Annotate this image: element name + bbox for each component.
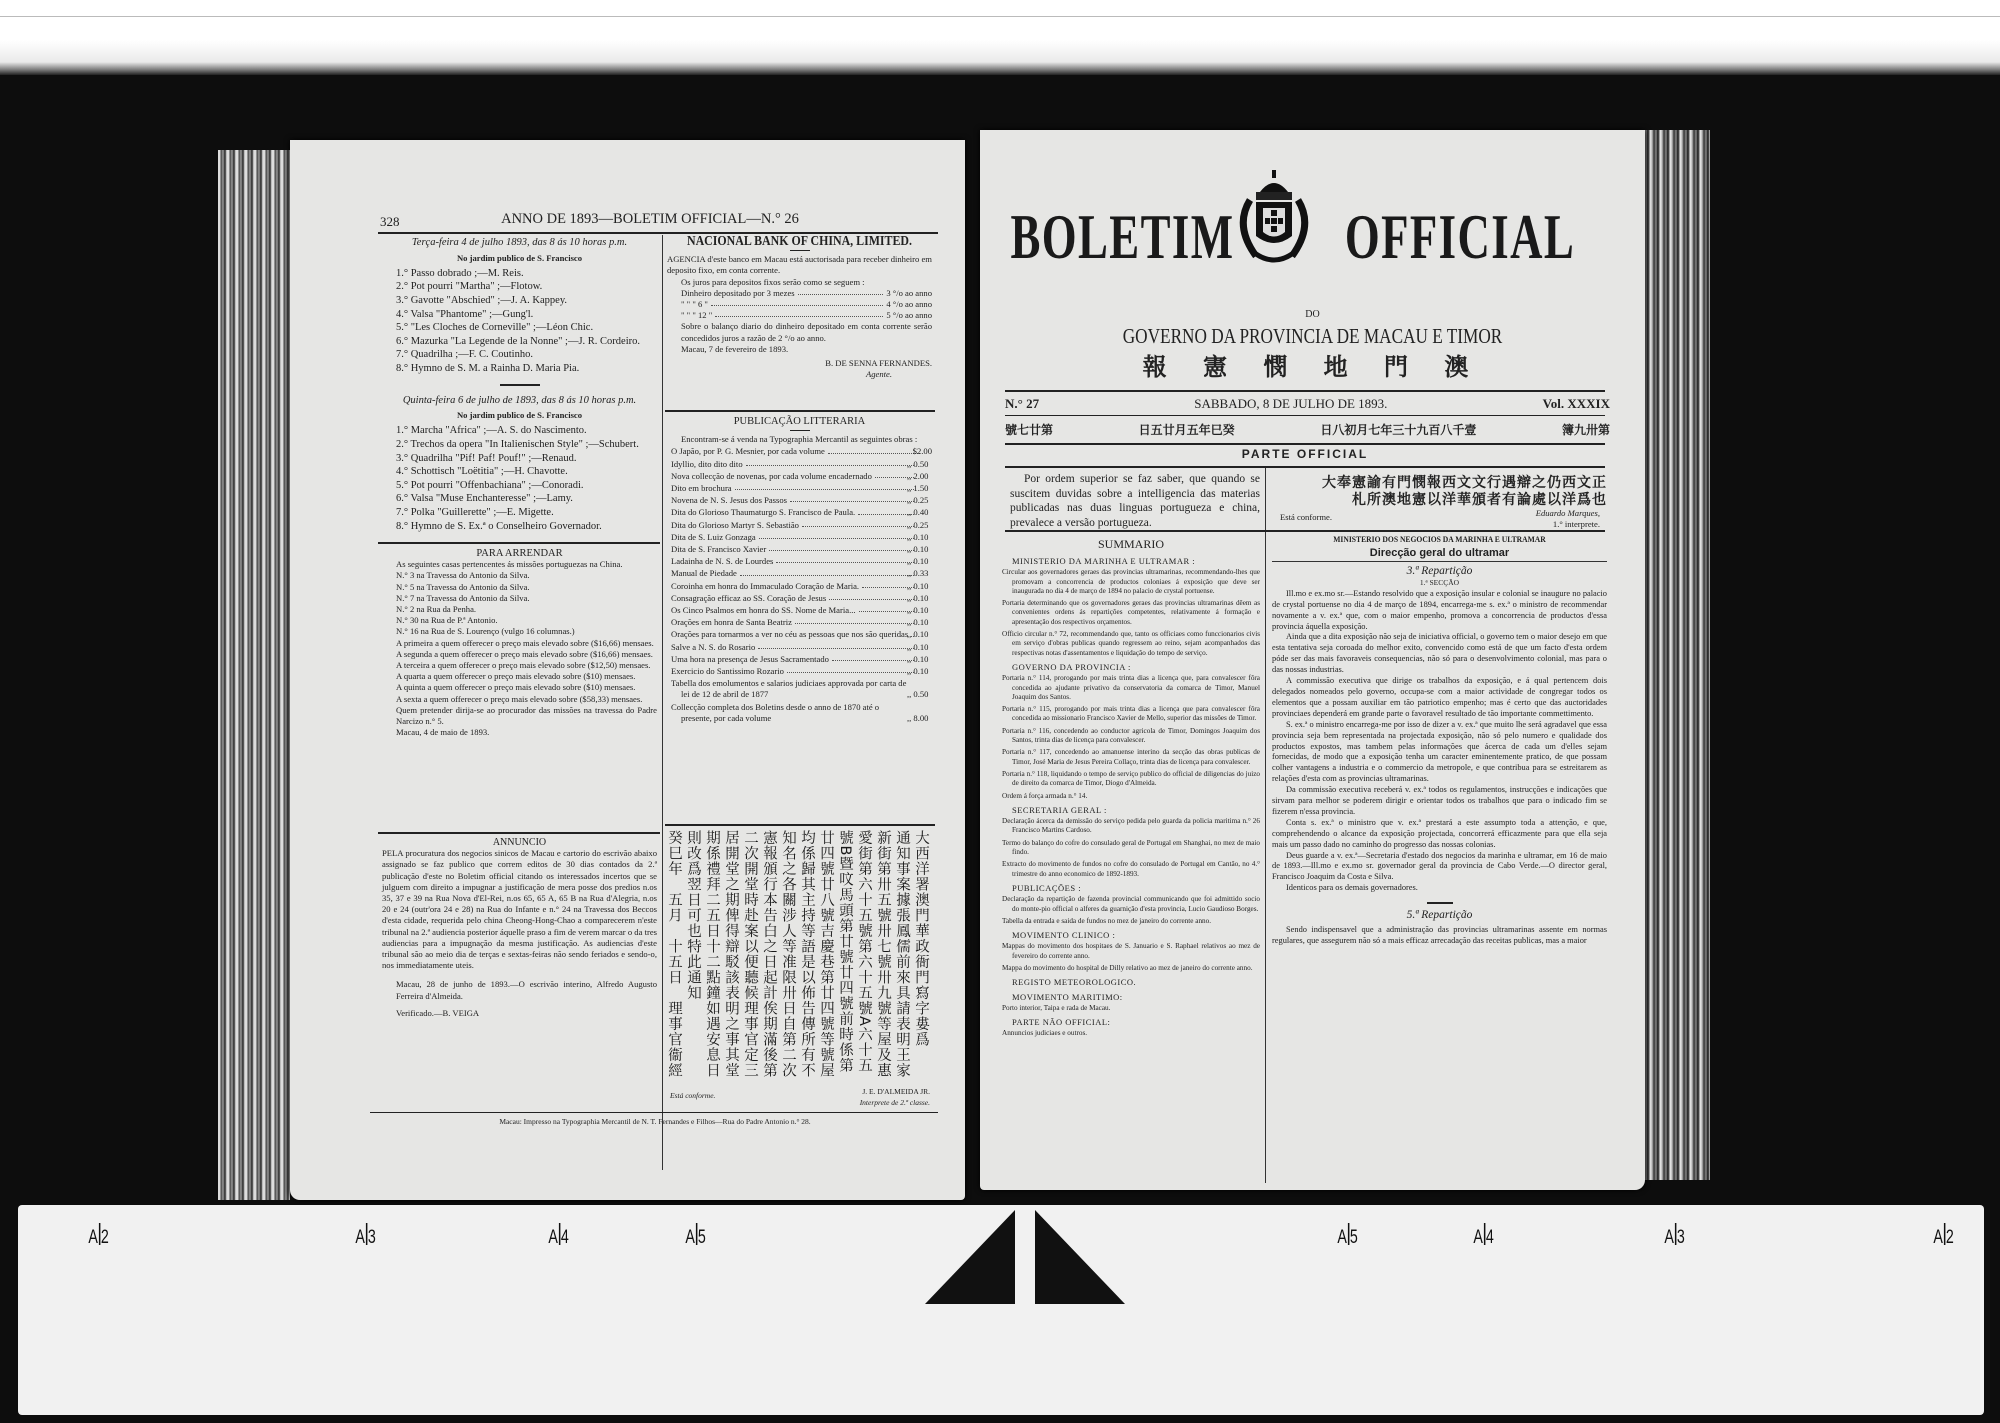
summario: SUMMARIO MINISTERIO DA MARINHA E ULTRAMA… <box>1002 536 1260 1042</box>
chinese-column: 大西洋署澳門華政衙門寫字婁爲 <box>911 830 930 1085</box>
book-price: ,, 0.33 <box>917 568 932 579</box>
arrendar-title: PARA ARRENDAR <box>382 548 657 559</box>
book-title: Ladainha de N. S. de Lourdes <box>681 556 773 567</box>
book-item: Os Cinco Psalmos em honra do SS. Nome de… <box>667 605 932 616</box>
summario-entry: Annuncios judiciaes e outros. <box>1002 1029 1260 1038</box>
summario-heading: MOVIMENTO MARITIMO: <box>1012 993 1260 1002</box>
book-title: Dita do Glorioso Thaumaturgo S. Francisc… <box>681 507 855 518</box>
summario-heading: GOVERNO DA PROVINCIA : <box>1012 663 1260 672</box>
book-item: Dita de S. Luiz Gonzaga,, 0.10 <box>667 532 932 543</box>
book-price: ,, 0.10 <box>917 654 932 665</box>
book-price: ,, 8.00 <box>917 713 932 724</box>
concerts-column: Terça-feira 4 de julho 1893, das 8 ás 10… <box>382 236 657 533</box>
royal-coat-of-arms-icon <box>1230 170 1318 266</box>
masthead-subtitle: GOVERNO DA PROVINCIA DE MACAU E TIMOR <box>1040 324 1585 348</box>
concert1-program: 1.° Passo dobrado ;—M. Reis.2.° Pot pour… <box>382 267 657 376</box>
concert2-venue: No jardim publico de S. Francisco <box>382 410 657 421</box>
house-item: N.° 2 na Rua da Penha. <box>382 604 657 615</box>
running-title: ANNO DE 1893—BOLETIM OFFICIAL—N.° 26 <box>440 213 860 227</box>
book-item: Dito em brochura,, 1.50 <box>667 483 932 494</box>
summario-entry: Portaria n.° 114, prorogando por mais tr… <box>1002 674 1260 702</box>
annuncio-body: PELA procuratura dos negocios sinicos de… <box>382 848 657 971</box>
leader-dots <box>795 623 914 624</box>
rate-label: " " " 12 " <box>681 310 712 321</box>
book-item: Orações em honra de Santa Beatriz,, 0.10 <box>667 617 932 628</box>
book-price: ,, 0.25 <box>917 495 932 506</box>
book-page-edges-left <box>218 150 290 1200</box>
leader-dots <box>858 514 914 515</box>
program-item: 5.° "Les Cloches de Corneville" ;—Léon C… <box>382 321 657 335</box>
book-item: Coroinha em honra do Immaculado Coração … <box>667 581 932 592</box>
book-price-list: O Japão, por P. G. Mesnier, por cada vol… <box>667 446 932 724</box>
concert1-venue: No jardim publico de S. Francisco <box>382 253 657 264</box>
annuncio-section: ANNUNCIO PELA procuratura dos negocios s… <box>382 837 657 1019</box>
book-title: Consagração efficaz ao SS. Coração de Je… <box>681 593 826 604</box>
summario-entry: Portaria n.° 118, liquidando o tempo de … <box>1002 770 1260 789</box>
house-item: N.° 30 na Rua de P.ª Antonio. <box>382 615 657 626</box>
book-title: Collecção completa dos Boletins desde o … <box>681 702 911 724</box>
column-divider <box>662 235 663 1170</box>
program-item: 5.° Pot pourri "Offenbachiana" ;—Conorad… <box>382 479 657 493</box>
chinese-column: 均係歸其主持等語是以佈告傳所有不 <box>797 830 816 1085</box>
summario-entry: Extracto do movimento de fundos no cofre… <box>1002 860 1260 879</box>
arrendar-section: PARA ARRENDAR As seguintes casas pertenc… <box>382 548 657 738</box>
program-item: 2.° Pot pourri "Martha" ;—Flotow. <box>382 280 657 294</box>
book-title: Salve a N. S. do Rosario <box>681 642 755 653</box>
book-item: Salve a N. S. do Rosario,, 0.10 <box>667 642 932 653</box>
book-title: Novena de N. S. Jesus dos Passos <box>681 495 787 506</box>
publicacao-title: PUBLICAÇÃO LITTERARIA <box>667 416 932 427</box>
book-title: O Japão, por P. G. Mesnier, por cada vol… <box>681 446 825 457</box>
program-item: 2.° Trechos da opera "In Italienischen S… <box>382 438 657 452</box>
summario-entry: Declaração da repartição de fazenda prov… <box>1002 895 1260 914</box>
leader-dots <box>798 294 884 295</box>
offer-item: A sexta a quem offerecer o preço mais el… <box>382 694 657 705</box>
chinese-column: 癸巳年 五月 十五日 理事官衞經閱 <box>668 830 683 1085</box>
book-title: Dita de S. Luiz Gonzaga <box>681 532 756 543</box>
leader-dots <box>758 648 914 649</box>
concert2-date: Quinta-feira 6 de julho de 1893, das 8 á… <box>382 394 657 408</box>
offer-item: A segunda a quem offerecer o preço mais … <box>382 649 657 660</box>
leader-dots <box>828 453 920 454</box>
issue-date: SABBADO, 8 DE JULHO DE 1893. <box>1194 396 1387 412</box>
issue-line-chinese: 號七廿第 日五廿月五年巳癸 日八初月七年三十九百八千壹 簿九卅第 <box>1005 422 1610 438</box>
book-price: ,, 0.40 <box>917 507 932 518</box>
program-item: 1.° Marcha "Africa" ;—A. S. do Nasciment… <box>382 424 657 438</box>
masthead-chinese-title: 報 憲 憫 地 門 澳 <box>980 352 1645 382</box>
left-page: 328 ANNO DE 1893—BOLETIM OFFICIAL—N.° 26… <box>290 140 965 1200</box>
annuncio-title: ANNUNCIO <box>382 837 657 848</box>
book-item: O Japão, por P. G. Mesnier, por cada vol… <box>667 446 932 457</box>
chinese-column: 居開堂之期俾得辯駁該表明之事其堂 <box>721 830 740 1085</box>
summario-entry: Ordem á força armada n.° 14. <box>1002 792 1260 801</box>
language-notice-chinese: 正文西仍之辯遇行文文西報憫門有諭憲奉大 也爲洋以處論有者頒華洋以憲地澳所札 <box>1272 475 1607 509</box>
calibration-mark: A2 <box>88 1223 108 1249</box>
calibration-mark: A3 <box>355 1223 375 1249</box>
rate-value: 3 °/o ao anno <box>886 288 932 299</box>
leader-dots <box>715 316 883 317</box>
book-item: Ladainha de N. S. de Lourdes,, 0.10 <box>667 556 932 567</box>
chinese-column: 廿四號廿八號吉慶巷第廿四號等號屋 <box>816 830 835 1085</box>
book-title: Manual de Piedade <box>681 568 737 579</box>
page-number: 328 <box>380 215 400 229</box>
book-title: Uma hora na presença de Jesus Sacramenta… <box>681 654 829 665</box>
book-price: ,, 0.10 <box>917 666 932 677</box>
calibration-mark: A4 <box>1473 1223 1493 1249</box>
rate-row: " " " 6 "4 °/o ao anno <box>667 299 932 310</box>
printer-imprint: Macau: Impresso na Typographia Mercantil… <box>390 1116 920 1127</box>
ministerio-paragraph: A commissão executiva que dirige os trab… <box>1272 676 1607 720</box>
ministerio-paragraph: Identicos para os demais governadores. <box>1272 883 1607 894</box>
masthead-title-left: BOLETIM <box>1011 205 1200 269</box>
chinese-column: 二次開堂時赴案以便聽候理事官定三 <box>740 830 759 1085</box>
rate-row: " " " 12 "5 °/o ao anno <box>667 310 932 321</box>
leader-dots <box>735 489 914 490</box>
book-item: Tabella dos emolumentos e salarios judic… <box>667 678 932 700</box>
summario-entry: Termo do balanço do cofre do consulado g… <box>1002 839 1260 858</box>
concert1-date: Terça-feira 4 de julho 1893, das 8 ás 10… <box>382 236 657 250</box>
chinese-notice: 大西洋署澳門華政衙門寫字婁爲通知事案據張鳳儒前來具請表明王家新街第卅五號卅七號卅… <box>668 830 930 1090</box>
column-divider <box>1265 468 1266 1183</box>
ministerio-article: MINISTERIO DOS NEGOCIOS DA MARINHA E ULT… <box>1272 535 1607 947</box>
summario-entry: Portaria n.° 117, concedendo ao amanuens… <box>1002 748 1260 767</box>
offer-item: A terceira a quem offerecer o preço mais… <box>382 660 657 671</box>
program-item: 3.° Quadrilha "Pif! Paf! Pouf!" ;—Renaud… <box>382 452 657 466</box>
book-title: Dita do Glorioso Martyr S. Sebastião <box>681 520 799 531</box>
summario-heading: PUBLICAÇÕES : <box>1012 884 1260 893</box>
calibration-mark: A2 <box>1933 1223 1953 1249</box>
summario-heading: REGISTO METEOROLOGICO. <box>1012 978 1260 987</box>
book-item: Dita do Glorioso Thaumaturgo S. Francisc… <box>667 507 932 518</box>
book-price: ,, 0.10 <box>917 581 932 592</box>
leader-dots <box>740 575 914 576</box>
summario-entry: Portaria determinando que os governadore… <box>1002 599 1260 627</box>
book-price: $2.00 <box>923 446 932 457</box>
book-price: ,, 1.50 <box>917 483 932 494</box>
ministerio-paragraph: S. ex.ª o ministro encarrega-me por isso… <box>1272 720 1607 785</box>
book-price: ,, 0.10 <box>917 532 932 543</box>
summario-heading: MINISTERIO DA MARINHA E ULTRAMAR : <box>1012 557 1260 566</box>
book-price: ,, 0.10 <box>917 617 932 628</box>
house-item: N.° 3 na Travessa do Antonio da Silva. <box>382 570 657 581</box>
chinese-column: 通知事案據張鳳儒前來具請表明王家 <box>892 830 911 1085</box>
summario-entry: Tabella da entrada e saida de fundos no … <box>1002 917 1260 926</box>
leader-dots <box>759 538 914 539</box>
program-item: 8.° Hymno de S. Ex.ª o Conselheiro Gover… <box>382 520 657 534</box>
book-price: ,, 2.00 <box>917 471 932 482</box>
publicacao-litteraria: PUBLICAÇÃO LITTERARIA Encontram-se á ven… <box>667 416 932 725</box>
section-title-parte-official: PARTE OFFICIAL <box>980 448 1630 462</box>
leader-dots <box>859 611 914 612</box>
gutter-center-triangles-icon <box>925 1210 1125 1305</box>
house-item: N.° 5 na Travessa do Antonio da Silva. <box>382 582 657 593</box>
book-title: Dita de S. Francisco Xavier <box>681 544 766 555</box>
program-item: 6.° Valsa "Muse Enchanteresse" ;—Lamy. <box>382 492 657 506</box>
book-title: Orações para tornarmos a ver no céu as p… <box>681 629 908 640</box>
chinese-column: 期係禮拜二五日十二點鐘如遇安息日 <box>702 830 721 1085</box>
language-notice: Por ordem superior se faz saber, que qua… <box>1010 472 1260 530</box>
book-price: ,, 0.10 <box>917 642 932 653</box>
book-item: Manual de Piedade,, 0.33 <box>667 568 932 579</box>
house-item: N.° 7 na Travessa do Antonio da Silva. <box>382 593 657 604</box>
program-item: 6.° Mazurka "La Legende de la Nonne" ;—J… <box>382 335 657 349</box>
leader-dots <box>711 305 883 306</box>
summario-entry: Mappa do movimento do hospital de Dilly … <box>1002 964 1260 973</box>
book-item: Novena de N. S. Jesus dos Passos,, 0.25 <box>667 495 932 506</box>
summario-heading: SECRETARIA GERAL : <box>1012 806 1260 815</box>
offer-item: A quinta a quem offerecer o preço mais e… <box>382 682 657 693</box>
ministerio-paragraph: Da commissão executiva receberá v. ex.ª … <box>1272 785 1607 818</box>
leader-dots <box>790 501 914 502</box>
offer-item: A quarta a quem offerecer o preço mais e… <box>382 671 657 682</box>
masthead-title-right: OFFICIAL <box>1334 205 1586 269</box>
scanner-top-margin <box>0 0 2000 75</box>
book-item: Dita do Glorioso Martyr S. Sebastião,, 0… <box>667 520 932 531</box>
book-item: Collecção completa dos Boletins desde o … <box>667 702 932 724</box>
book-title: Coroinha em honra do Immaculado Coração … <box>681 581 859 592</box>
book-price: ,, 0.25 <box>917 520 932 531</box>
bank-title: NACIONAL BANK OF CHINA, LIMITED. <box>687 236 912 247</box>
book-item: Consagração efficaz ao SS. Coração de Je… <box>667 593 932 604</box>
summario-entry: Officio circular n.° 72, recommendando q… <box>1002 630 1260 658</box>
book-item: Nova collecção de novenas, por cada volu… <box>667 471 932 482</box>
book-title: Dito em brochura <box>681 483 732 494</box>
program-item: 1.° Passo dobrado ;—M. Reis. <box>382 267 657 281</box>
issue-number: N.° 27 <box>1005 396 1039 412</box>
issue-line: N.° 27 SABBADO, 8 DE JULHO DE 1893. Vol.… <box>1005 396 1610 412</box>
leader-dots <box>832 660 914 661</box>
book-price: ,, 0.10 <box>917 605 932 616</box>
summario-entry: Mappas do movimento dos hospitaes de S. … <box>1002 942 1260 961</box>
book-price: ,, 0.10 <box>917 629 932 640</box>
book-price: ,, 0.50 <box>917 459 932 470</box>
program-item: 4.° Schottisch "Loëtitia" ;—H. Chavotte. <box>382 465 657 479</box>
book-title: Idyllio, dito dito dito <box>681 459 743 470</box>
book-item: Orações para tornarmos a ver no céu as p… <box>667 629 932 640</box>
ministerio-paragraph: Deus guarde a v. ex.ª—Secretaria d'estad… <box>1272 851 1607 884</box>
ministerio-paragraph: Ainda que a dita exposição não seja de i… <box>1272 632 1607 676</box>
book-title: Tabella dos emolumentos e salarios judic… <box>681 678 911 700</box>
ministerio-paragraphs: Ill.mo e ex.mo sr.—Estando resolvido que… <box>1272 589 1607 894</box>
program-item: 7.° Polka "Guillerette" ;—E. Migette. <box>382 506 657 520</box>
leader-dots <box>769 550 914 551</box>
chinese-column: 愛街第六十五號第六十五號A六十五 <box>854 830 873 1085</box>
book-price: ,, 0.50 <box>917 689 932 700</box>
summario-entry: Declaração ácerca da demissão do serviço… <box>1002 817 1260 836</box>
book-item: Idyllio, dito dito dito,, 0.50 <box>667 459 932 470</box>
book-title: Nova collecção de novenas, por cada volu… <box>681 471 872 482</box>
summario-list: MINISTERIO DA MARINHA E ULTRAMAR :Circul… <box>1002 557 1260 1039</box>
offer-item: A primeira a quem offerecer o preço mais… <box>382 638 657 649</box>
summario-heading: PARTE NÃO OFFICIAL: <box>1012 1018 1260 1027</box>
leader-dots <box>787 672 914 673</box>
calibration-mark: A4 <box>548 1223 568 1249</box>
house-item: N.° 16 na Rua de S. Lourenço (vulgo 16 c… <box>382 626 657 637</box>
book-title: Orações em honra de Santa Beatriz <box>681 617 792 628</box>
program-item: 7.° Quadrilha ;—F. C. Coutinho. <box>382 348 657 362</box>
leader-dots <box>776 562 914 563</box>
rate-value: 4 °/o ao anno <box>886 299 932 310</box>
book-title: Os Cinco Psalmos em honra do SS. Nome de… <box>681 605 856 616</box>
program-item: 4.° Valsa "Phantome" ;—Gung'l. <box>382 308 657 322</box>
ministerio-paragraph: Conta s. ex.ª o ministro que v. ex.ª pre… <box>1272 818 1607 851</box>
book-item: Uma hora na presença de Jesus Sacramenta… <box>667 654 932 665</box>
concert2-program: 1.° Marcha "Africa" ;—A. S. do Nasciment… <box>382 424 657 533</box>
chinese-column: 知名之各關涉人等准限卅日自第二次 <box>778 830 797 1085</box>
summario-entry: Porto interior, Taipa e rada de Macau. <box>1002 1004 1260 1013</box>
right-page: BOLETIM OFFICIAL DO GOVERNO DA PROVINCIA… <box>980 130 1645 1190</box>
program-item: 3.° Gavotte "Abschied" ;—J. A. Kappey. <box>382 294 657 308</box>
chinese-column: 新街第卅五號卅七號卅九號等屋及惠 <box>873 830 892 1085</box>
leader-dots <box>802 526 914 527</box>
issue-volume: Vol. XXXIX <box>1543 396 1610 412</box>
calibration-mark: A5 <box>1337 1223 1357 1249</box>
program-item: 8.° Hymno de S. M. a Rainha D. Maria Pia… <box>382 362 657 376</box>
calibration-mark: A3 <box>1664 1223 1684 1249</box>
book-page-edges-right <box>1640 130 1710 1180</box>
book-price: ,, 0.10 <box>917 556 932 567</box>
book-price: ,, 0.10 <box>917 593 932 604</box>
ministerio-title: MINISTERIO DOS NEGOCIOS DA MARINHA E ULT… <box>1280 535 1598 546</box>
chinese-column: 憲報頒行本告白之日起計俟期滿後第 <box>759 830 778 1085</box>
book-price: ,, 0.10 <box>917 544 932 555</box>
bank-notice: NACIONAL BANK OF CHINA, LIMITED. AGENCIA… <box>667 236 932 380</box>
rate-value: 5 °/o ao anno <box>886 310 932 321</box>
summario-title: SUMMARIO <box>1002 536 1260 552</box>
rate-label: " " " 6 " <box>681 299 708 310</box>
rate-label: Dinheiro depositado por 3 mezes <box>681 288 795 299</box>
summario-entry: Portaria n.° 116, concedendo ao conducto… <box>1002 727 1260 746</box>
rate-row: Dinheiro depositado por 3 mezes3 °/o ao … <box>667 288 932 299</box>
book-item: Exercicio do Santissimo Rozario,, 0.10 <box>667 666 932 677</box>
book-item: Dita de S. Francisco Xavier,, 0.10 <box>667 544 932 555</box>
chinese-column: 則改爲翌日可也特此通知 <box>683 830 702 1085</box>
ministerio-paragraph: Ill.mo e ex.mo sr.—Estando resolvido que… <box>1272 589 1607 633</box>
summario-entry: Circular aos governadores geraes das pro… <box>1002 568 1260 596</box>
leader-dots <box>746 465 914 466</box>
leader-dots <box>829 599 914 600</box>
book-title: Exercicio do Santissimo Rozario <box>681 666 784 677</box>
calibration-mark: A5 <box>685 1223 705 1249</box>
summario-entry: Portaria n.° 115, prorogando por mais tr… <box>1002 705 1260 724</box>
summario-heading: MOVIMENTO CLINICO : <box>1012 931 1260 940</box>
chinese-column: 號B暨呅馬頭第廿號廿四號前時係第 <box>835 830 854 1085</box>
